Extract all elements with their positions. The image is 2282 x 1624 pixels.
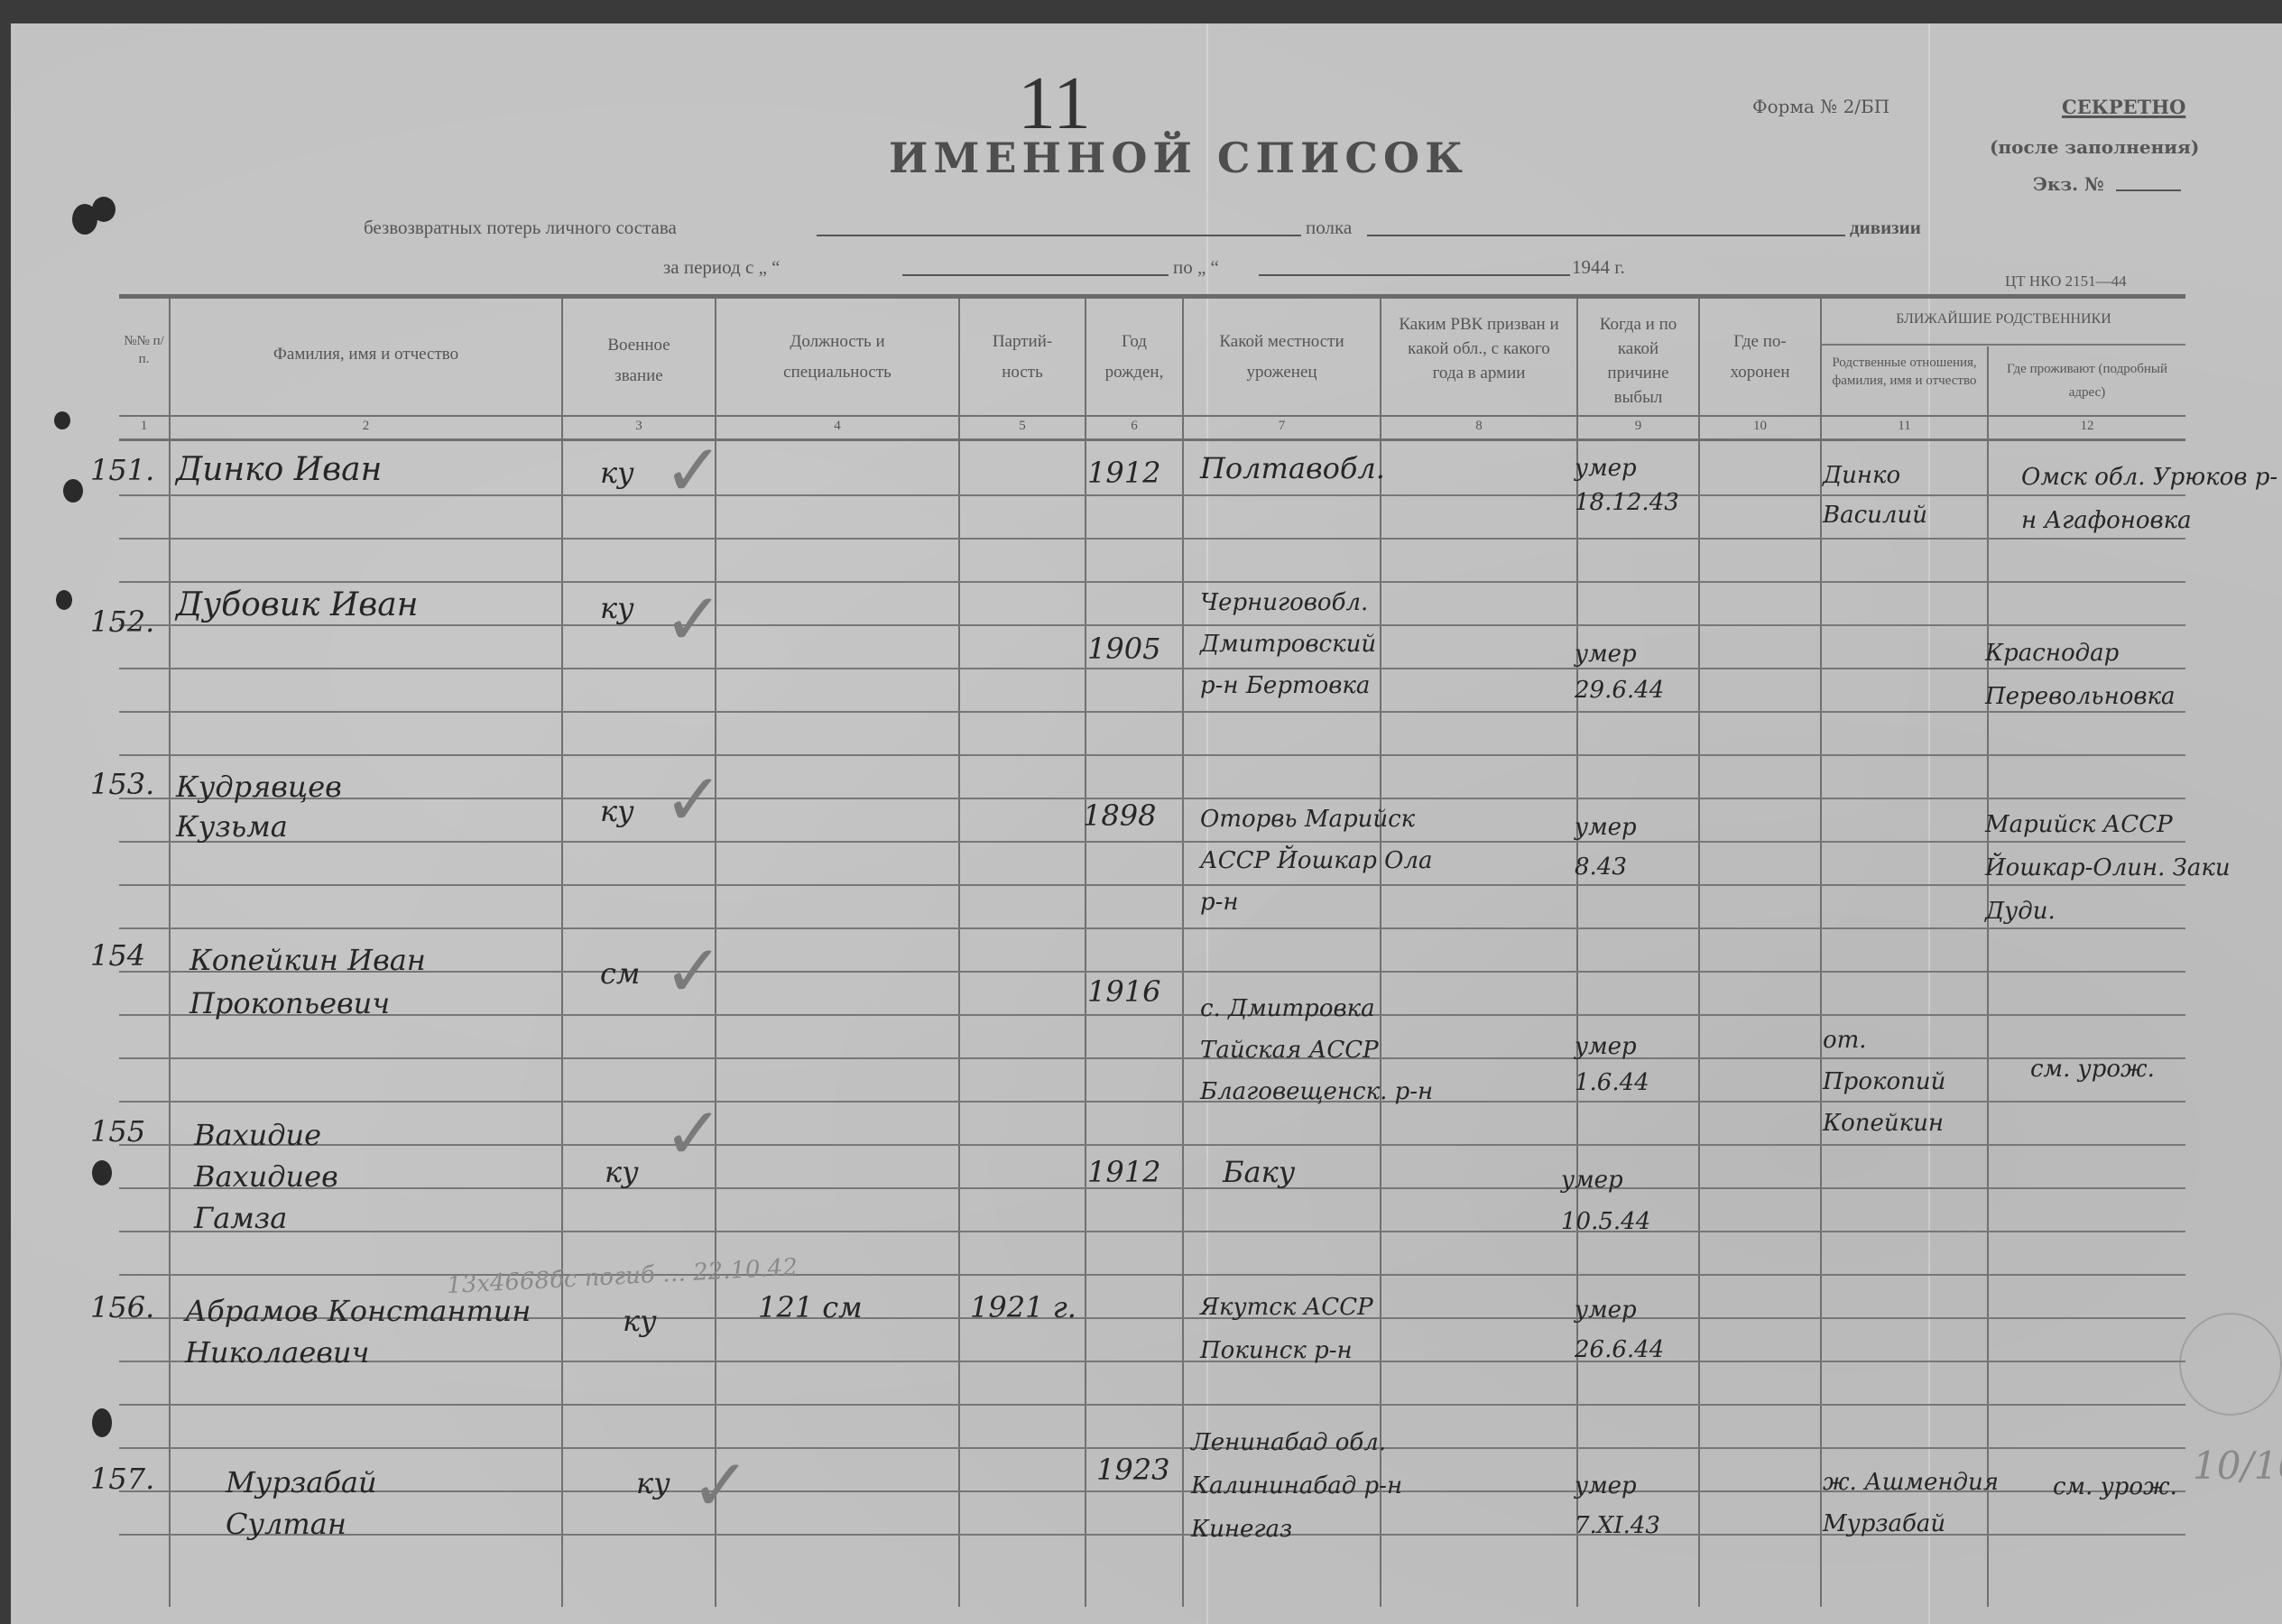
col-header-12: Где проживают (подробный адрес) xyxy=(1989,357,2185,404)
birthplace: Оторвь Марийск АССР Йошкар Ола р-н xyxy=(1200,798,1435,923)
rank: см xyxy=(600,956,640,991)
copy-number-field xyxy=(2116,189,2181,191)
punch-hole xyxy=(92,197,115,222)
soldier-name: Мурзабай Султан xyxy=(226,1462,424,1545)
col-number: 9 xyxy=(1578,419,1698,434)
departure-reason: умер 29.6.44 xyxy=(1575,636,1683,708)
departure-reason: умер 8.43 xyxy=(1575,807,1683,887)
print-code: ЦТ НКО 2151—44 xyxy=(2005,272,2127,291)
soldier-name: Кудрявцев Кузьма xyxy=(176,767,429,846)
soldier-name: Динко Иван xyxy=(176,451,382,488)
period-from-field xyxy=(902,274,1169,276)
row-number: 155 xyxy=(90,1114,145,1149)
rank: ку xyxy=(600,794,634,828)
departure-reason: умер 18.12.43 xyxy=(1575,451,1683,520)
relative-address: Краснодар Перевольновка xyxy=(1985,632,2274,718)
subtitle: безвозвратных потерь личного состава xyxy=(364,217,677,239)
division-field xyxy=(1367,235,1845,236)
col-header-9: Когда и по какой причине выбыл xyxy=(1578,312,1698,410)
stamp-mark xyxy=(2179,1313,2282,1416)
checkmark-icon: ✓ xyxy=(690,1444,751,1527)
col-header-2: Фамилия, имя и отчество xyxy=(171,339,561,370)
relative-address: см. урож. xyxy=(2053,1466,2179,1508)
birth-year: 1898 xyxy=(1083,798,1156,833)
col-header-4: Должность и специальность xyxy=(716,327,958,388)
page-mark: 10/10 xyxy=(2193,1444,2282,1488)
position: 121 см xyxy=(758,1290,863,1324)
col-number: 11 xyxy=(1822,419,1987,434)
departure-reason: умер 7.XI.43 xyxy=(1575,1466,1683,1546)
col-header-6: Год рожден, xyxy=(1086,327,1182,388)
birth-year: 1912 xyxy=(1087,456,1160,490)
row-number: 157. xyxy=(90,1462,154,1496)
checkmark-icon: ✓ xyxy=(663,929,724,1013)
after-filling-note: (после заполнения) xyxy=(1990,136,2199,158)
col-number: 12 xyxy=(1989,419,2185,434)
birthplace: Баку xyxy=(1223,1155,1295,1189)
birth-year: 1905 xyxy=(1087,632,1160,666)
punch-hole xyxy=(54,411,70,429)
rank: ку xyxy=(605,1155,639,1189)
birthplace: Полтавобл. xyxy=(1200,451,1385,485)
checkmark-icon: ✓ xyxy=(663,577,724,661)
regiment-label: полка xyxy=(1306,217,1352,239)
col-number: 1 xyxy=(119,419,169,434)
birth-year: 1923 xyxy=(1096,1453,1169,1487)
page-title: ИМЕННОЙ СПИСОК xyxy=(889,134,1468,182)
soldier-name: Дубовик Иван xyxy=(176,586,418,623)
col-number: 8 xyxy=(1381,419,1576,434)
birthplace: Ленинабад обл. Калининабад р-н Кинегаз xyxy=(1191,1421,1444,1551)
relative-name: от. Прокопий Копейкин xyxy=(1823,1020,1985,1144)
col-number: 7 xyxy=(1184,419,1380,434)
punch-hole xyxy=(63,479,83,503)
rank: ку xyxy=(600,456,634,490)
rank: ку xyxy=(636,1466,670,1500)
punch-hole xyxy=(56,590,72,610)
col-header-11: Родственные отношения, фамилия, имя и от… xyxy=(1822,354,1987,390)
birth-year: 1912 xyxy=(1087,1155,1160,1189)
relative-address: Марийск АССР Йошкар-Олин. Заки Дуди. xyxy=(1985,803,2274,933)
col-header-3: Военное звание xyxy=(563,330,715,392)
col-number: 5 xyxy=(960,419,1085,434)
departure-reason: умер 26.6.44 xyxy=(1575,1290,1683,1370)
division-label: дивизии xyxy=(1850,217,1921,239)
relative-name: Динко Василий xyxy=(1823,456,1976,535)
regiment-field xyxy=(817,235,1301,236)
form-number: Форма № 2/БП xyxy=(1752,96,1889,117)
relative-address: Омск обл. Урюков р-н Агафоновка xyxy=(2021,456,2282,542)
soldier-name: Вахидие Вахидиев Гамза xyxy=(194,1114,429,1239)
checkmark-icon: ✓ xyxy=(663,429,724,512)
soldier-name: Копейкин Иван Прокопьевич xyxy=(189,938,460,1025)
checkmark-icon: ✓ xyxy=(663,758,724,842)
punch-hole xyxy=(92,1160,112,1186)
col-header-10: Где по-хоронен xyxy=(1700,327,1820,388)
period-from-label: за период с „ “ xyxy=(663,256,780,279)
birthplace: с. Дмитровка Тайская АССР Благовещенск. … xyxy=(1200,988,1435,1112)
departure-reason: умер 10.5.44 xyxy=(1561,1159,1669,1242)
row-number: 156. xyxy=(90,1290,154,1324)
row-number: 154 xyxy=(90,938,145,973)
birth-year: 1921 г. xyxy=(970,1290,1076,1324)
period-to-label: по „ “ xyxy=(1173,256,1219,279)
soldier-name: Абрамов Константин Николаевич xyxy=(185,1290,582,1373)
col-number: 4 xyxy=(716,419,958,434)
rank: ку xyxy=(600,591,634,625)
col-header-5: Партий-ность xyxy=(960,327,1085,388)
col-header-1: №№ п/п. xyxy=(119,332,169,368)
birthplace: Черниговобл. Дмитровский р-н Бертовка xyxy=(1200,582,1399,706)
checkmark-icon: ✓ xyxy=(663,1092,724,1176)
birthplace: Якутск АССР Покинск р-н xyxy=(1200,1286,1417,1372)
row-number: 153. xyxy=(90,767,154,801)
row-number: 151. xyxy=(90,453,154,487)
relative-address: см. урож. xyxy=(2030,1056,2155,1083)
col-header-7: Какой местности уроженец xyxy=(1184,327,1380,388)
row-number: 152. xyxy=(90,604,154,639)
rank: ку xyxy=(623,1304,657,1338)
relatives-group-header: БЛИЖАЙШИЕ РОДСТВЕННИКИ xyxy=(1822,310,2185,328)
birth-year: 1916 xyxy=(1087,974,1160,1009)
col-number: 2 xyxy=(171,419,561,434)
relative-name: ж. Ашмендия Мурзабай xyxy=(1823,1462,2003,1545)
punch-hole xyxy=(92,1408,112,1437)
secrecy-label: СЕКРЕТНО xyxy=(2062,96,2185,118)
period-to-field xyxy=(1259,274,1570,276)
copy-number-label: Экз. № xyxy=(2033,173,2104,195)
departure-reason: умер 1.6.44 xyxy=(1575,1029,1683,1101)
year-label: 1944 г. xyxy=(1572,256,1625,279)
col-number: 10 xyxy=(1700,419,1820,434)
col-header-8: Каким РВК призван и какой обл., с какого… xyxy=(1381,312,1576,385)
col-number: 6 xyxy=(1086,419,1182,434)
